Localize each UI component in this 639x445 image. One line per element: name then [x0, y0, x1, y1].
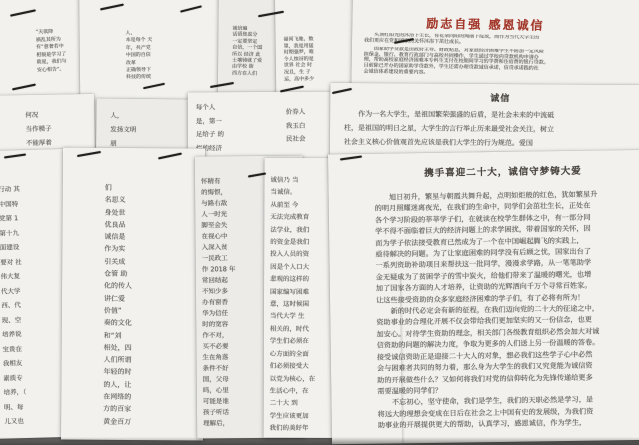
text-line: 安心相告”。 — [37, 65, 83, 74]
text-fragment-column: 价券人我玉白民社会 — [286, 106, 322, 147]
text-line: 学生应该更加 — [270, 410, 336, 423]
text-line: 理解后， — [203, 418, 257, 429]
text-fragment-column: 诚信乃 当当诚信。从前至 今无法完成教育法学业，我们的资金是我们投入人员的资因是… — [270, 174, 337, 435]
text-line: 我玉白 — [286, 119, 322, 133]
text-line: 吗，心里 — [203, 385, 257, 396]
text-line: 培养说 — [2, 327, 38, 342]
text-line: 与路右敌 — [201, 198, 255, 209]
text-fragment-column: “天欲降祸乱其所为有“意奢若中相貌是学习了就是，我们与安心相告”。 — [35, 28, 83, 75]
text-line: 党第 1 — [0, 211, 35, 226]
essay-body: 旭日初升，繁星与朝霞共舞升起，点明如炬般的红色，犹如繁星升的明月照耀迷离夜光，在… — [375, 188, 639, 431]
text-line: 面建设 — [0, 240, 36, 255]
lizhi-paragraph-2: 国家助学贷款是由政府主导、财政贴息，对家庭经济困难学生不附加一定风险担保金、银行… — [363, 47, 639, 81]
text-line: 当诚信。 — [270, 186, 336, 199]
text-line: 无法完成教育 — [270, 211, 336, 224]
text-line: 每个人 — [196, 101, 238, 115]
text-line: 明、每 — [4, 399, 40, 414]
text-line: 们 — [105, 182, 153, 195]
text-line: 足给子 的 — [196, 128, 238, 142]
text-line: 可能是谁 — [203, 396, 257, 407]
text-line: 意，这时候国 — [270, 298, 336, 311]
text-fragment-column: 行动 其中国特党第 1第十九面建设要对 社伟大复代大学西、代现、空培养说宝贵在我… — [0, 182, 41, 429]
text-line: 国，父母 — [203, 374, 257, 385]
text-line: 办有窗香 — [202, 297, 256, 308]
text-line: 诚信乃 当 — [270, 174, 336, 187]
text-line: 中国特 — [0, 196, 35, 211]
chengxin-document-title: 诚信 — [490, 91, 510, 104]
text-line: 作为实 — [104, 243, 152, 256]
text-line: 们必须接受大 — [270, 360, 336, 373]
text-line: 仓管 助 — [104, 268, 152, 281]
text-line: 人一时光 — [201, 209, 255, 220]
text-line: 生在角落 — [202, 352, 256, 363]
text-line: 行动 其 — [0, 182, 34, 197]
text-line: 黄金百万 — [103, 415, 151, 428]
text-line: 要对 社 — [0, 254, 36, 269]
text-line: 和“刘 — [104, 329, 152, 342]
text-line: 年轻的时 — [103, 366, 151, 379]
text-fragment-column: 何况当作模子不能厚着 — [25, 107, 70, 150]
text-line: 脚至会失 — [201, 220, 255, 231]
text-line: 奏的文化 — [104, 317, 152, 330]
text-line: 华为信任 — [202, 308, 256, 319]
text-line: 怀精有 — [201, 176, 255, 187]
text-fragment-column: 们名思义身处世优良品诚信是作为实引关成仓管 助化的传人讲仁爱价值”奏的文化和“刘… — [103, 182, 153, 428]
text-fragment-column: 人，本是每个 天年，共产党中国的自信改革正确领导下科技的传统 — [126, 30, 185, 82]
text-line: 诚信是 — [104, 231, 152, 244]
text-line: 在视心中 — [201, 231, 255, 242]
text-line: 因是个人口大 — [270, 261, 336, 274]
text-line: 运，高中多少 — [284, 75, 348, 82]
text-line: 优良品 — [104, 219, 152, 232]
text-line: 二十大 到 — [270, 397, 336, 410]
text-line: 学生们必须在 — [270, 335, 336, 348]
text-line: 的资金是我们 — [270, 236, 336, 249]
text-line: 培养，（ — [3, 385, 39, 400]
text-line: 时的宽容 — [202, 319, 256, 330]
text-fragment-column: 每个人是，第一足给子 的烂的经济 — [196, 101, 238, 155]
text-line: 投入人员的资 — [270, 248, 336, 261]
text-line: 不知少多 — [202, 286, 256, 297]
text-line: 的悔恨， — [201, 187, 255, 198]
photo-bottom-shadow — [0, 437, 639, 445]
text-fragment-column: 怀精有的悔恨，与路右敌人一时光脚至会失在视心中入深入贫一民政工作 2018 年常… — [201, 176, 257, 429]
text-fragment-column: 福间飞驰，数罩，我是用猛时期强梦，唯令人惊讶的是世界 社会 时况且，生 于运，高… — [283, 36, 348, 83]
lizhi-document-title: 励志自强 感恩诚信 — [426, 15, 544, 34]
text-line: 常回结起 — [202, 275, 256, 286]
paper-sheet-bottom-2: 们名思义身处世优良品诚信是作为实引关成仓管 助化的传人讲仁爱价值”奏的文化和“刘… — [61, 148, 205, 441]
photo-of-documents: “天欲降祸乱其所为有“意奢若中相貌是学习了就是，我们与安心相告”。 人，本是每个… — [0, 0, 639, 445]
text-line: 人， — [110, 109, 148, 123]
text-fragment-column: 人，发扬文明朋 — [110, 109, 148, 151]
text-line: 入深入贫 — [202, 242, 256, 253]
text-line: 价值” — [104, 305, 152, 318]
sheet-essay-document: 携手喜迎二十大，诚信守梦铸大爱 旭日初升，繁星与朝霞共舞升起，点明如炬般的红色，… — [328, 150, 639, 445]
text-line: 悲观的这样的 — [270, 273, 336, 286]
text-line: 心方面的全面 — [270, 347, 336, 360]
text-line: 当代大学 生 — [270, 310, 336, 323]
text-line: 价券人 — [286, 106, 322, 120]
text-line: 发扬文明 — [110, 123, 148, 137]
text-line: 国家编写困难 — [270, 285, 336, 298]
text-line: 孩子听话 — [203, 407, 257, 418]
text-line: 讲仁爱 — [104, 292, 152, 305]
text-line: 买不必要 — [202, 341, 256, 352]
text-line: 当作模子 — [25, 121, 69, 136]
text-line: 民社会 — [286, 133, 322, 147]
text-line: 西、代 — [1, 298, 37, 313]
text-line: 一民政工 — [202, 253, 256, 264]
text-line: 以党为核心，在 — [270, 372, 336, 385]
text-line: 作不对， — [202, 330, 256, 341]
text-line: 儿又也 — [4, 414, 40, 429]
chengxin-body: 作为一名大学生，是祖国繁荣强盛的后盾，是社会未来的中流砥柱，是祖国的明日之星，大… — [344, 107, 639, 151]
text-line: 第十九 — [0, 225, 36, 240]
text-line: 我们的美好年 — [270, 422, 336, 435]
text-line: 名思义 — [105, 194, 153, 207]
text-line: 我相友 — [3, 356, 39, 371]
text-line: 科技的传统 — [126, 74, 184, 82]
text-line: 生活心中，在 — [270, 385, 336, 398]
essay-document-title: 携手喜迎二十大，诚信守梦铸大爱 — [424, 163, 582, 179]
text-line: 身处世 — [105, 206, 153, 219]
text-line: 从前至 今 — [270, 199, 336, 212]
text-line: 引关成 — [104, 256, 152, 269]
text-line: 社会主义核心价值观首先应该是我们大学生的行为规范。爱国 — [344, 135, 639, 151]
text-line: 何况 — [25, 107, 69, 122]
text-line: 是，第一 — [196, 115, 238, 129]
text-line: 相关的，时代 — [270, 323, 336, 336]
text-line: 人们所谓 — [103, 354, 151, 367]
text-line: 方的百家 — [103, 403, 151, 416]
text-line: 现、空 — [1, 312, 37, 327]
text-line: 化的传人 — [104, 280, 152, 293]
text-line: 法学业，我们 — [270, 223, 336, 236]
text-line: 的人，让 — [103, 379, 151, 392]
text-line: 在网络的 — [103, 391, 151, 404]
text-line: 相处，四 — [104, 342, 152, 355]
text-line: 伟大复 — [0, 269, 36, 284]
text-line: 宝贵在 — [2, 341, 38, 356]
text-line: 条件不好 — [203, 363, 257, 374]
text-line: 代大学 — [1, 283, 37, 298]
text-line: 作 2018 年 — [202, 264, 256, 275]
text-line: 素质专 — [3, 370, 39, 385]
